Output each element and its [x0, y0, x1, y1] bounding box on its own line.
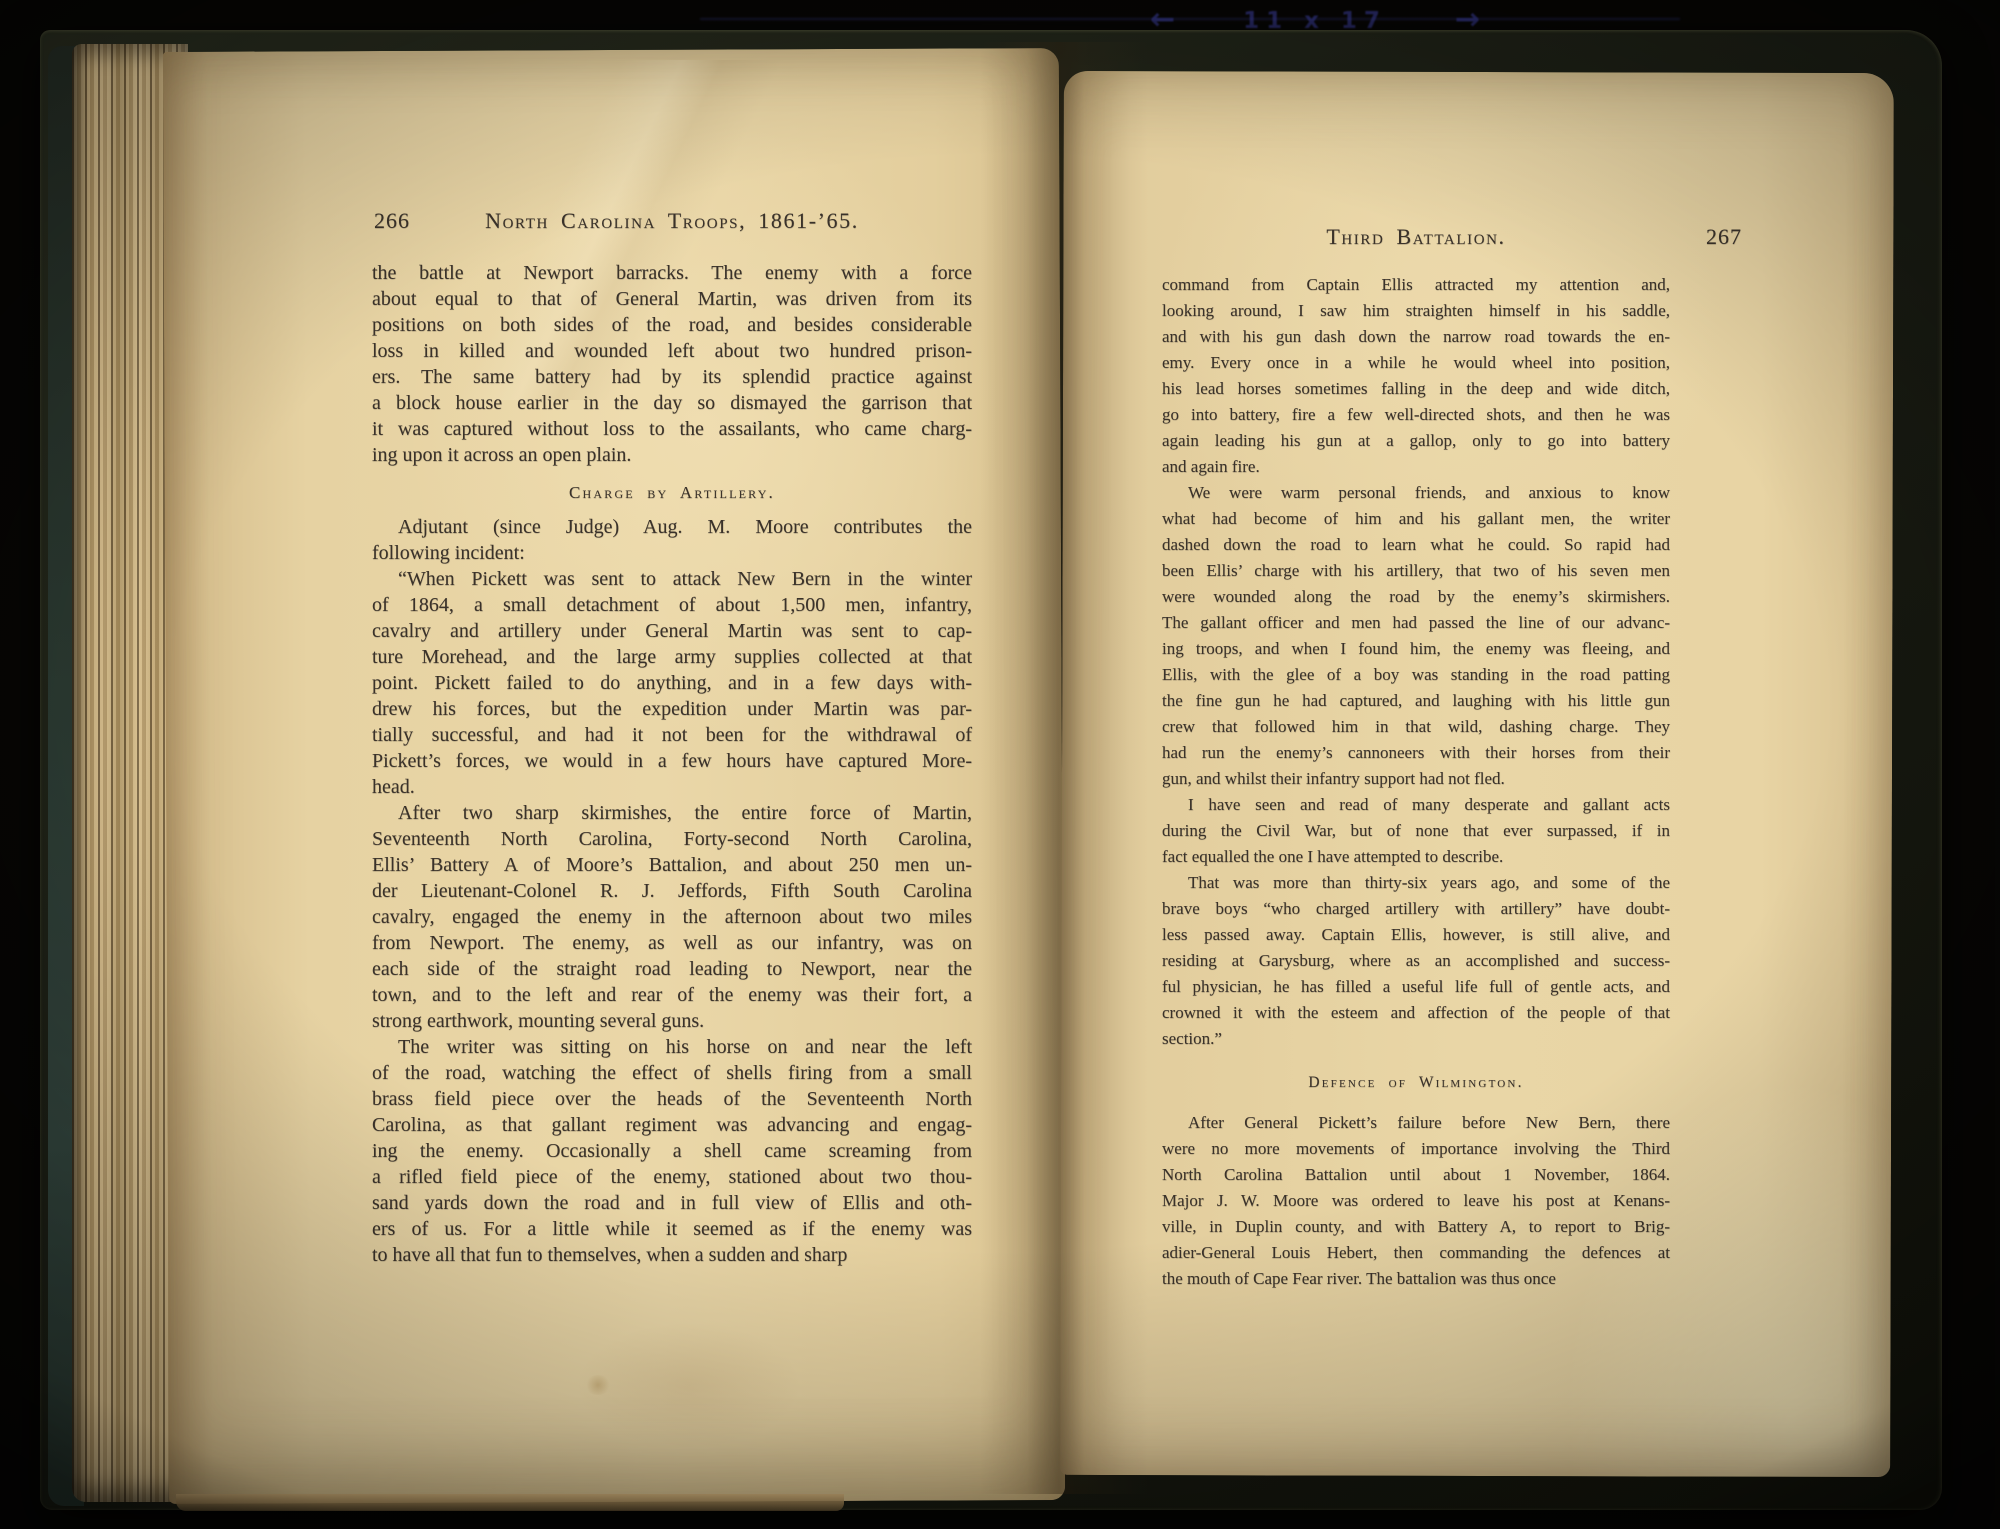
text-line: dashed down the road to learn what he co…	[1162, 532, 1670, 558]
text-line: We were warm personal friends, and anxio…	[1162, 480, 1670, 506]
text-line: from Newport. The enemy, as well as our …	[372, 930, 972, 956]
text-line: adier-General Louis Hebert, then command…	[1162, 1240, 1670, 1266]
text-line: a rifled field piece of the enemy, stati…	[372, 1164, 972, 1190]
text-line: of 1864, a small detachment of about 1,5…	[372, 592, 972, 618]
text-line: gun, and whilst their infantry support h…	[1162, 766, 1670, 792]
text-line: emy. Every once in a while he would whee…	[1162, 350, 1670, 376]
text-line: ers of us. For a little while it seemed …	[372, 1216, 972, 1242]
text-line: Major J. W. Moore was ordered to leave h…	[1162, 1188, 1670, 1214]
left-page-bottom-edge	[176, 1494, 844, 1511]
text-line: cavalry and artillery under General Mart…	[372, 618, 972, 644]
paragraph: I have seen and read of many desperate a…	[1162, 792, 1670, 870]
text-line: a block house earlier in the day so dism…	[372, 390, 972, 416]
text-line: Carolina, as that gallant regiment was a…	[372, 1112, 972, 1138]
right-page-text: command from Captain Ellis attracted my …	[1162, 272, 1670, 1292]
text-line: brass field piece over the heads of the …	[372, 1086, 972, 1112]
left-header-title: North Carolina Troops, 1861-’65.	[372, 208, 972, 234]
right-page-number: 267	[1706, 224, 1742, 250]
text-line: ing upon it across an open plain.	[372, 442, 972, 468]
text-line: again leading his gun at a gallop, only …	[1162, 428, 1670, 454]
paragraph: The writer was sitting on his horse on a…	[372, 1034, 972, 1268]
text-line: and with his gun dash down the narrow ro…	[1162, 324, 1670, 350]
text-line: were no more movements of importance inv…	[1162, 1136, 1670, 1162]
text-line: drew his forces, but the expedition unde…	[372, 696, 972, 722]
text-line: Ellis’ Battery A of Moore’s Battalion, a…	[372, 852, 972, 878]
text-line: cavalry, engaged the enemy in the aftern…	[372, 904, 972, 930]
text-line: less passed away. Captain Ellis, however…	[1162, 922, 1670, 948]
text-line: der Lieutenant-Colonel R. J. Jeffords, F…	[372, 878, 972, 904]
text-line: North Carolina Battalion until about 1 N…	[1162, 1162, 1670, 1188]
left-running-header: 266 North Carolina Troops, 1861-’65.	[372, 208, 972, 234]
text-line: looking around, I saw him straighten him…	[1162, 298, 1670, 324]
paragraph: That was more than thirty-six years ago,…	[1162, 870, 1670, 1052]
text-line: the fine gun he had captured, and laughi…	[1162, 688, 1670, 714]
section-heading: Defence of Wilmington.	[1162, 1070, 1670, 1096]
text-line: ing the enemy. Occasionally a shell came…	[372, 1138, 972, 1164]
page-stain	[585, 1375, 611, 1395]
text-line: sand yards down the road and in full vie…	[372, 1190, 972, 1216]
paragraph: After General Pickett’s failure before N…	[1162, 1110, 1670, 1292]
text-line: during the Civil War, but of none that e…	[1162, 818, 1670, 844]
text-line: ful physician, he has filled a useful li…	[1162, 974, 1670, 1000]
left-page-text: the battle at Newport barracks. The enem…	[372, 260, 972, 1268]
book-photograph: ← 11 x 17 → 266 North Carolina Troops, 1…	[0, 0, 2000, 1529]
text-line: fact equalled the one I have attempted t…	[1162, 844, 1670, 870]
text-line: been Ellis’ charge with his artillery, t…	[1162, 558, 1670, 584]
text-line: of the road, watching the effect of shel…	[372, 1060, 972, 1086]
text-line: point. Pickett failed to do anything, an…	[372, 670, 972, 696]
paragraph: Adjutant (since Judge) Aug. M. Moore con…	[372, 514, 972, 566]
text-line: Ellis, with the glee of a boy was standi…	[1162, 662, 1670, 688]
text-line: ture Morehead, and the large army suppli…	[372, 644, 972, 670]
text-line: go into battery, fire a few well-directe…	[1162, 402, 1670, 428]
text-line: ing troops, and when I found him, the en…	[1162, 636, 1670, 662]
text-line: section.”	[1162, 1026, 1670, 1052]
right-page-bottom-edge	[1096, 1474, 1852, 1489]
text-line: ville, in Duplin county, and with Batter…	[1162, 1214, 1670, 1240]
text-line: about equal to that of General Martin, w…	[372, 286, 972, 312]
text-line: I have seen and read of many desperate a…	[1162, 792, 1670, 818]
paragraph: command from Captain Ellis attracted my …	[1162, 272, 1670, 480]
paragraph: After two sharp skirmishes, the entire f…	[372, 800, 972, 1034]
text-line: brave boys “who charged artillery with a…	[1162, 896, 1670, 922]
paragraph: the battle at Newport barracks. The enem…	[372, 260, 972, 468]
text-line: Pickett’s forces, we would in a few hour…	[372, 748, 972, 774]
left-page-number: 266	[374, 208, 410, 234]
text-line: each side of the straight road leading t…	[372, 956, 972, 982]
text-line: town, and to the left and rear of the en…	[372, 982, 972, 1008]
text-line: following incident:	[372, 540, 972, 566]
right-running-header: Third Battalion. 267	[1162, 224, 1670, 250]
text-line: had run the enemy’s cannoneers with thei…	[1162, 740, 1670, 766]
text-line: That was more than thirty-six years ago,…	[1162, 870, 1670, 896]
text-line: head.	[372, 774, 972, 800]
text-line: positions on both sides of the road, and…	[372, 312, 972, 338]
text-line: The writer was sitting on his horse on a…	[372, 1034, 972, 1060]
text-line: After two sharp skirmishes, the entire f…	[372, 800, 972, 826]
paragraph: “When Pickett was sent to attack New Ber…	[372, 566, 972, 800]
text-line: to have all that fun to themselves, when…	[372, 1242, 972, 1268]
text-line: strong earthwork, mounting several guns.	[372, 1008, 972, 1034]
text-line: loss in killed and wounded left about tw…	[372, 338, 972, 364]
text-line: residing at Garysburg, where as an accom…	[1162, 948, 1670, 974]
section-heading: Charge by Artillery.	[372, 480, 972, 506]
text-line: Adjutant (since Judge) Aug. M. Moore con…	[372, 514, 972, 540]
text-line: “When Pickett was sent to attack New Ber…	[372, 566, 972, 592]
text-line: command from Captain Ellis attracted my …	[1162, 272, 1670, 298]
text-line: ers. The same battery had by its splendi…	[372, 364, 972, 390]
text-line: Seventeenth North Carolina, Forty-second…	[372, 826, 972, 852]
text-line: crew that followed him in that wild, das…	[1162, 714, 1670, 740]
text-line: were wounded along the road by the enemy…	[1162, 584, 1670, 610]
text-line: tially successful, and had it not been f…	[372, 722, 972, 748]
text-line: what had become of him and his gallant m…	[1162, 506, 1670, 532]
right-header-title: Third Battalion.	[1162, 224, 1670, 250]
text-line: crowned it with the esteem and affection…	[1162, 1000, 1670, 1026]
text-line: and again fire.	[1162, 454, 1670, 480]
text-line: the battle at Newport barracks. The enem…	[372, 260, 972, 286]
paragraph: We were warm personal friends, and anxio…	[1162, 480, 1670, 792]
text-line: his lead horses sometimes falling in the…	[1162, 376, 1670, 402]
page-stain	[1208, 1452, 1226, 1466]
text-line: the mouth of Cape Fear river. The battal…	[1162, 1266, 1670, 1292]
text-line: The gallant officer and men had passed t…	[1162, 610, 1670, 636]
text-line: it was captured without loss to the assa…	[372, 416, 972, 442]
text-line: After General Pickett’s failure before N…	[1162, 1110, 1670, 1136]
